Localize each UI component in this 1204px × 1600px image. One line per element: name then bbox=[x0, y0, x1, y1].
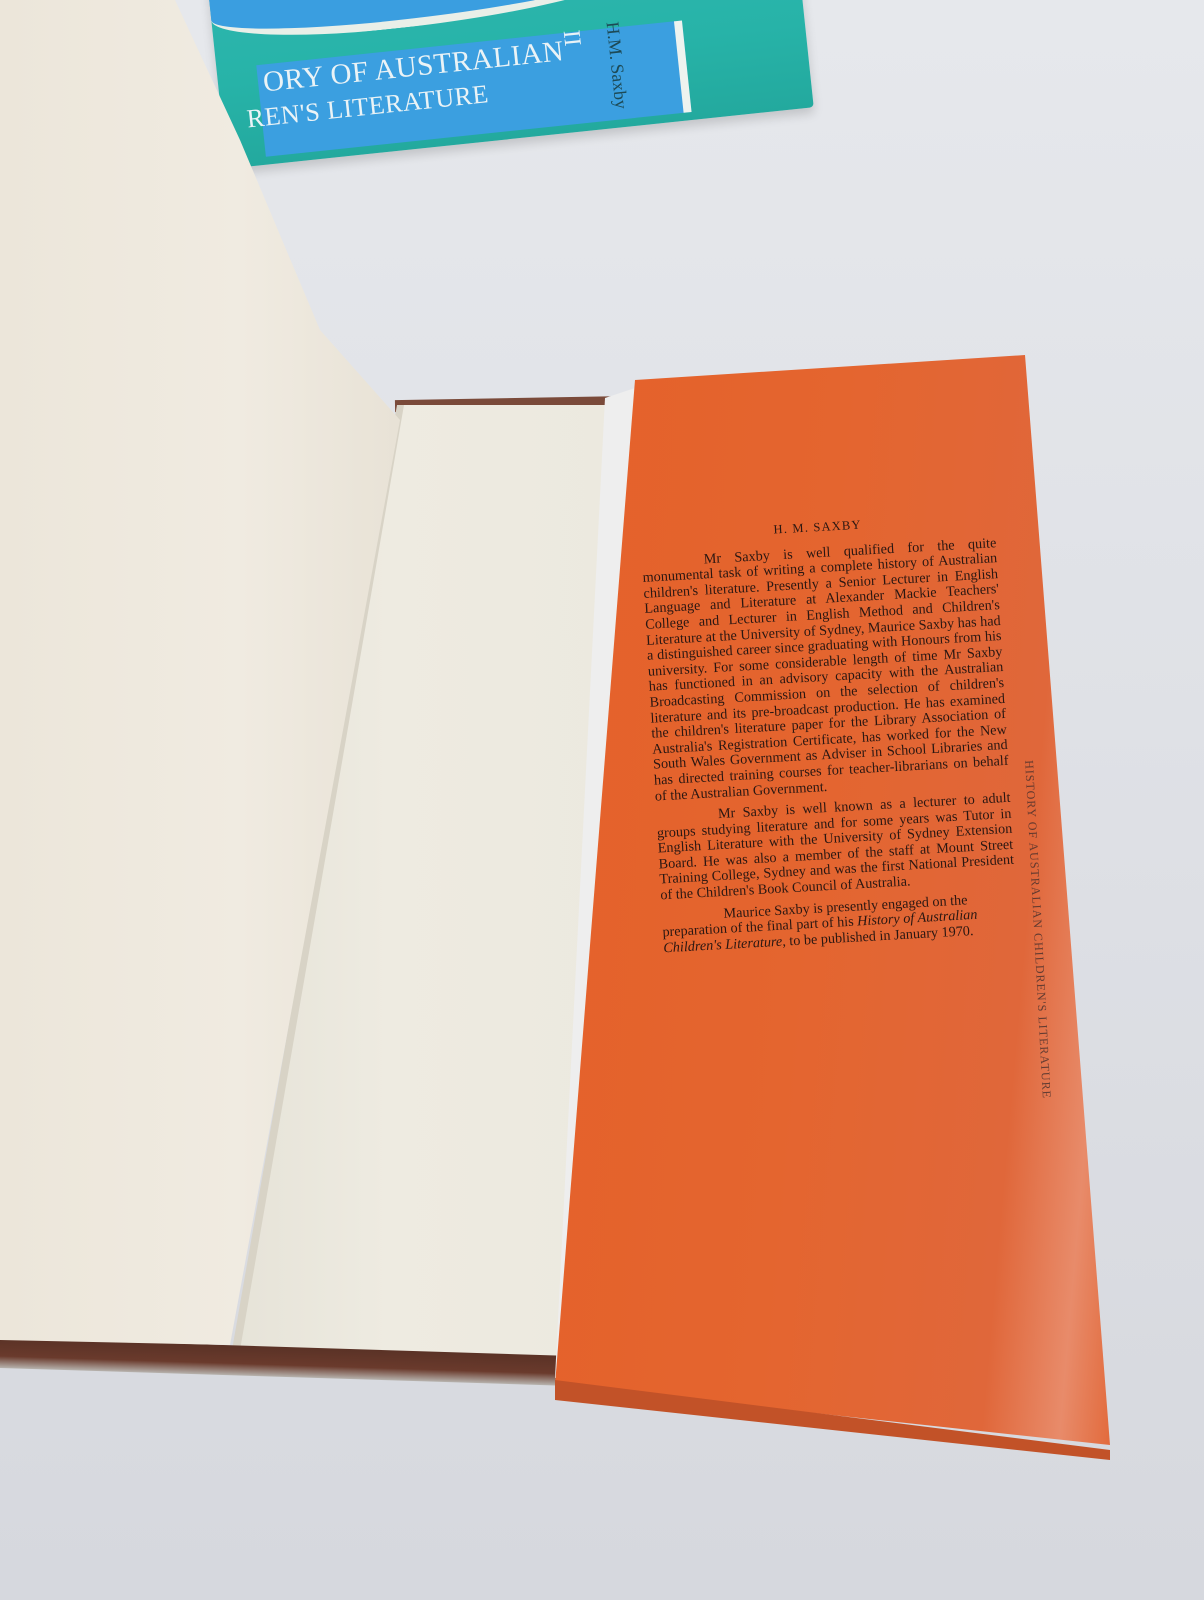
author-biography: H. M. SAXBY Mr Saxby is well qualified f… bbox=[640, 510, 1019, 963]
bio-paragraph-2: Mr Saxby is well known as a lecturer to … bbox=[656, 791, 1016, 904]
background-book-volume: II bbox=[559, 29, 588, 48]
background-book-spine: ORY OF AUSTRALIAN REN'S LITERATURE II H.… bbox=[205, 0, 814, 169]
bio-paragraph-1: Mr Saxby is well qualified for the quite… bbox=[641, 536, 1009, 805]
